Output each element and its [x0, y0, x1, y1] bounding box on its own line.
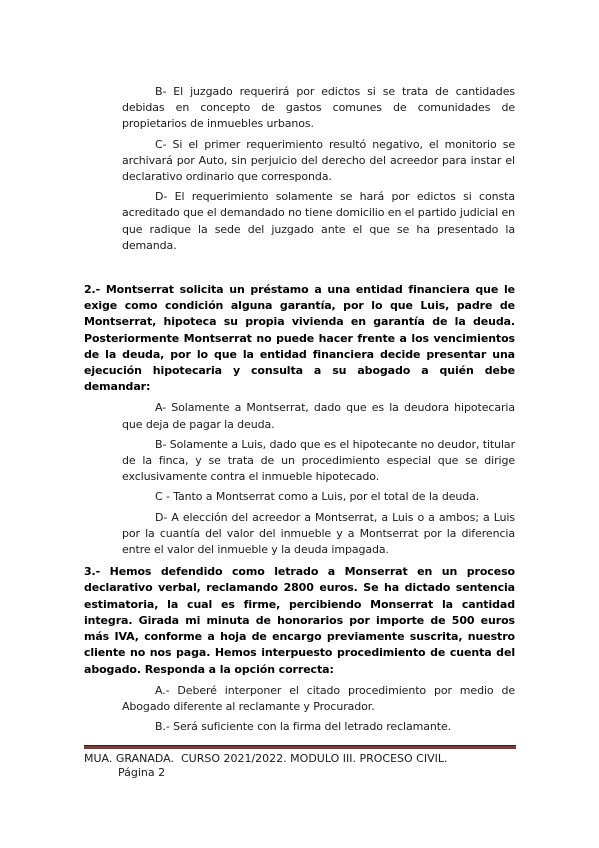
page-footer: MUA. GRANADA. CURSO 2021/2022. MODULO II…	[84, 745, 516, 779]
question-3-stem: 3.- Hemos defendido como letrado a Monse…	[84, 564, 515, 677]
answer-option-q2-b: B- Solamente a Luis, dado que es el hipo…	[122, 437, 515, 486]
answer-option-q1-d: D- El requerimiento solamente se hará po…	[122, 189, 515, 254]
document-body: B- El juzgado requerirá por edictos si s…	[84, 84, 515, 739]
answer-option-q3-a: A.- Deberé interponer el citado procedim…	[122, 683, 515, 715]
answer-option-q2-c: C - Tanto a Montserrat como a Luis, por …	[122, 489, 515, 505]
footer-course-text: MUA. GRANADA. CURSO 2021/2022. MODULO II…	[84, 752, 516, 765]
answer-option-q3-b: B.- Será suficiente con la firma del let…	[122, 719, 515, 735]
document-page: B- El juzgado requerirá por edictos si s…	[0, 0, 599, 848]
answer-option-q1-b: B- El juzgado requerirá por edictos si s…	[122, 84, 515, 133]
answer-option-q1-c: C- Si el primer requerimiento resultó ne…	[122, 137, 515, 186]
question-2-stem: 2.- Montserrat solicita un préstamo a un…	[84, 282, 515, 395]
answer-option-q2-d: D- A elección del acreedor a Montserrat,…	[122, 510, 515, 559]
footer-page-number: Página 2	[118, 766, 516, 779]
answer-option-q2-a: A- Solamente a Montserrat, dado que es l…	[122, 400, 515, 432]
footer-divider-rule	[84, 745, 516, 749]
